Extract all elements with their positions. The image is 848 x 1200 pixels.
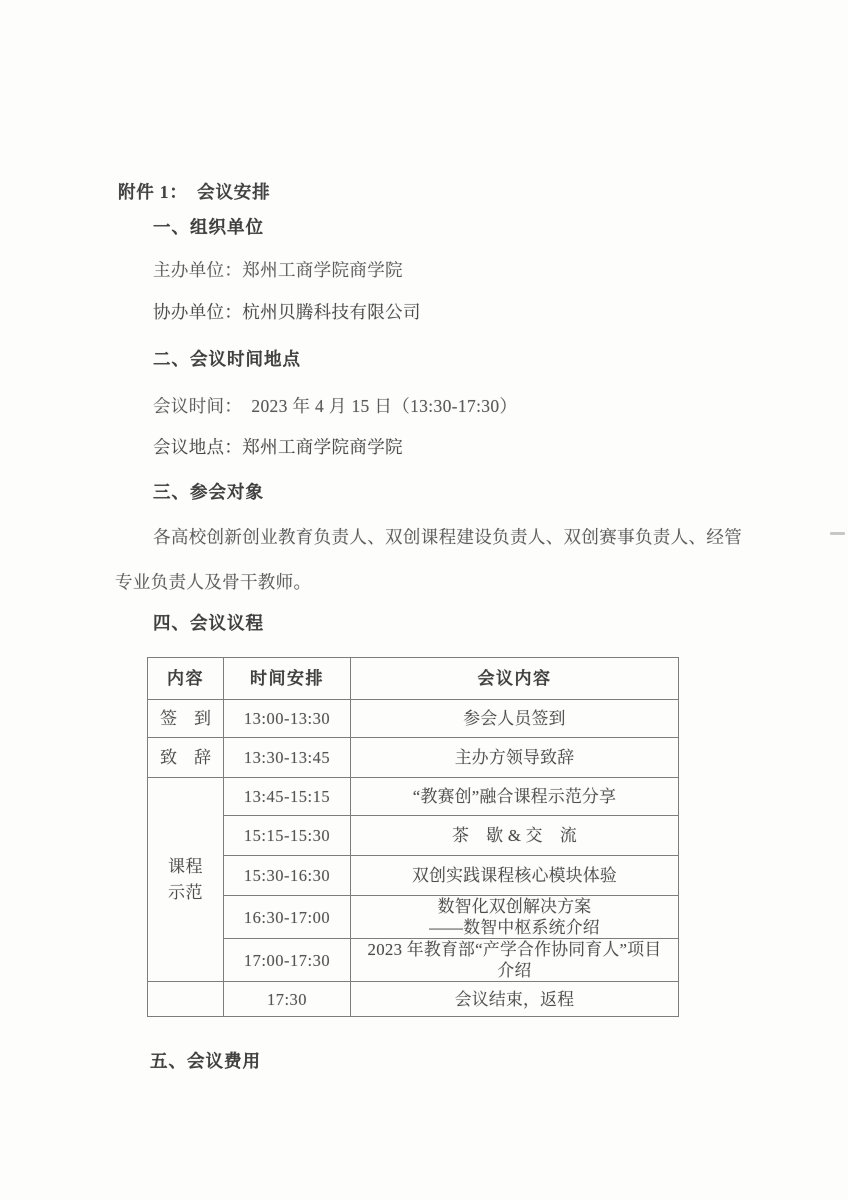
- cell-detail: 数智化双创解决方案 ——数智中枢系统介绍: [351, 896, 679, 939]
- table-row-signin: 签 到 13:00-13:30 参会人员签到: [148, 700, 679, 738]
- table-row-demo-3: 15:30-16:30 双创实践课程核心模块体验: [148, 856, 679, 896]
- cell-time: 13:00-13:30: [224, 700, 351, 738]
- table-row-speech: 致 辞 13:30-13:45 主办方领导致辞: [148, 738, 679, 778]
- cell-content: 签 到: [148, 700, 224, 738]
- cell-detail: 双创实践课程核心模块体验: [351, 856, 679, 896]
- section-heading-attendees: 三、参会对象: [153, 481, 264, 503]
- column-header-content: 内容: [148, 658, 224, 700]
- cell-detail: 主办方领导致辞: [351, 738, 679, 778]
- cell-time: 17:00-17:30: [224, 939, 351, 982]
- host-unit-line: 主办单位：郑州工商学院商学院: [153, 259, 403, 281]
- section-heading-agenda: 四、会议议程: [153, 612, 264, 634]
- cell-detail: 会议结束，返程: [351, 982, 679, 1017]
- cell-time: 15:15-15:30: [224, 816, 351, 856]
- table-row-demo-4: 16:30-17:00 数智化双创解决方案 ——数智中枢系统介绍: [148, 896, 679, 939]
- section-heading-fees: 五、会议费用: [150, 1050, 261, 1072]
- attendees-paragraph-line2: 专业负责人及骨干教师。: [115, 571, 311, 593]
- table-row-demo-1: 课程 示范 13:45-15:15 “教赛创”融合课程示范分享: [148, 778, 679, 816]
- cell-time: 15:30-16:30: [224, 856, 351, 896]
- column-header-time: 时间安排: [224, 658, 351, 700]
- cell-detail: 参会人员签到: [351, 700, 679, 738]
- meeting-place-line: 会议地点：郑州工商学院商学院: [153, 436, 403, 458]
- section-heading-time-place: 二、会议时间地点: [153, 348, 301, 370]
- cell-time: 16:30-17:00: [224, 896, 351, 939]
- cell-content: 致 辞: [148, 738, 224, 778]
- column-header-detail: 会议内容: [351, 658, 679, 700]
- cell-detail: 茶 歇 & 交 流: [351, 816, 679, 856]
- cell-time: 13:30-13:45: [224, 738, 351, 778]
- cell-time: 13:45-15:15: [224, 778, 351, 816]
- attendees-paragraph-line1: 各高校创新创业教育负责人、双创课程建设负责人、双创赛事负责人、经管: [153, 526, 742, 548]
- cell-content-empty: [148, 982, 224, 1017]
- scan-artifact-dash: [830, 532, 845, 535]
- cell-detail: “教赛创”融合课程示范分享: [351, 778, 679, 816]
- agenda-table: 内容 时间安排 会议内容 签 到 13:00-13:30 参会人员签到 致 辞 …: [147, 657, 679, 1017]
- table-row-demo-5: 17:00-17:30 2023 年教育部“产学合作协同育人”项目 介绍: [148, 939, 679, 982]
- table-header-row: 内容 时间安排 会议内容: [148, 658, 679, 700]
- table-row-end: 17:30 会议结束，返程: [148, 982, 679, 1017]
- section-heading-organizers: 一、组织单位: [153, 216, 264, 238]
- agenda-table-container: 内容 时间安排 会议内容 签 到 13:00-13:30 参会人员签到 致 辞 …: [147, 657, 678, 1017]
- cell-detail: 2023 年教育部“产学合作协同育人”项目 介绍: [351, 939, 679, 982]
- cell-time: 17:30: [224, 982, 351, 1017]
- cell-content-merged-course-demo: 课程 示范: [148, 778, 224, 982]
- cohost-unit-line: 协办单位：杭州贝腾科技有限公司: [153, 301, 421, 323]
- meeting-time-line: 会议时间： 2023 年 4 月 15 日（13:30-17:30）: [153, 395, 517, 417]
- document-page: 附件 1： 会议安排 一、组织单位 主办单位：郑州工商学院商学院 协办单位：杭州…: [0, 0, 848, 1200]
- table-row-demo-2: 15:15-15:30 茶 歇 & 交 流: [148, 816, 679, 856]
- attachment-title: 附件 1： 会议安排: [118, 181, 270, 203]
